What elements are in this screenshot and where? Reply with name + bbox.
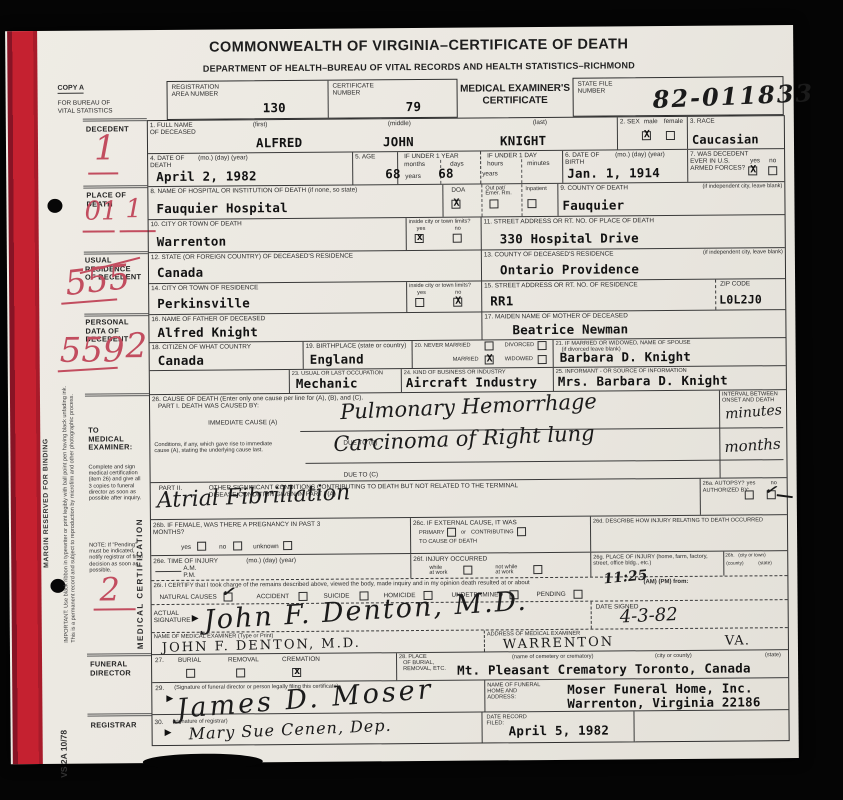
sex-label: 2. SEX (620, 118, 640, 125)
time-of-death-handwritten: 11:25 (603, 567, 648, 587)
never-married-label: 20. NEVER MARRIED (415, 343, 471, 350)
medical-examiners-certificate-label: MEDICAL EXAMINER'SCERTIFICATE (458, 83, 573, 108)
injury-occurred-label: 26f. INJURY OCCURRED (413, 555, 487, 563)
signature-arrow-icon: ▶ (166, 693, 173, 704)
checkbox-not-while-at-work (533, 565, 542, 574)
checkbox-external-contributing (517, 527, 526, 536)
checkbox-cremation: x (292, 668, 301, 677)
interval-b-handwritten: months (724, 435, 781, 456)
funeral-item-number: 29. (155, 685, 164, 692)
if-under-1-year-label: IF UNDER 1 YEAR (404, 153, 459, 161)
registrar-item-number: 30. (154, 719, 163, 726)
age-typed-overlay: 68 (438, 166, 454, 181)
checkbox-burial (186, 669, 195, 678)
decedent-first-name: ALFRED (256, 135, 302, 150)
hospital-label: 8. NAME OF HOSPITAL OR INSTITUTION OF DE… (150, 186, 357, 195)
certificate-number: 79 (406, 99, 422, 114)
section-to-medical-examiner: TO MEDICAL EXAMINER: (88, 426, 132, 452)
occupation-value: Mechanic (296, 375, 358, 390)
certificate-form-grid: 1. FULL NAME OF DECEASED (first) (middle… (147, 115, 790, 746)
mother-label: 17. MAIDEN NAME OF MOTHER OF DECEASED (484, 312, 628, 320)
checkbox-pregnancy-yes (197, 542, 206, 551)
checkbox-widowed (538, 355, 547, 364)
father-value: Alfred Knight (157, 324, 258, 340)
checkbox-sex-female (666, 131, 675, 140)
checkbox-while-at-work (463, 566, 472, 575)
zip-value: L0L2J0 (719, 292, 762, 306)
row-registrar: 30. (signature of registrar) ▶ Mary Sue … (152, 710, 788, 745)
registration-area-number: 130 (263, 100, 286, 115)
row-residence-state: 12. STATE (OR FOREIGN COUNTRY) OF DECEAS… (149, 248, 785, 284)
checkbox-removal (236, 668, 245, 677)
part-two-handwritten: Atrial Fibrillation (156, 480, 350, 513)
external-cause-label: 26c. IF EXTERNAL CAUSE, IT WAS (413, 519, 517, 527)
checkbox-death-limits-yes: x (415, 234, 424, 243)
red-binding-stripe (7, 31, 43, 764)
zip-label: ZIP CODE (720, 280, 750, 287)
section-funeral-director: FUNERAL DIRECTOR (90, 660, 131, 678)
red-code-medical: 2 (99, 570, 120, 608)
date-signed-handwritten: 4-3-82 (619, 604, 678, 627)
row-full-name: 1. FULL NAME OF DECEASED (first) (middle… (148, 116, 784, 154)
checkbox-armed-forces-no (768, 166, 777, 175)
informant-value: Mrs. Barbara D. Knight (558, 373, 728, 389)
hospital-value: Fauquier Hospital (156, 200, 287, 216)
street-of-death-value: 330 Hospital Drive (500, 230, 639, 246)
county-of-death-label: 9. COUNTY OF DEATH (560, 184, 628, 192)
county-of-death-value: Fauquier (562, 197, 624, 212)
injury-location-label: 26h. (725, 554, 734, 559)
burial-item-number: 27. (155, 657, 164, 664)
row-residence-city: 14. CITY OR TOWN OF RESIDENCE Perkinsvil… (149, 279, 785, 315)
checkbox-pregnancy-no (233, 541, 242, 550)
street-of-death-label: 11. STREET ADDRESS OR RT. NO. OF PLACE O… (484, 217, 654, 226)
scan-artifact (143, 753, 263, 770)
checkbox-death-limits-no (453, 234, 462, 243)
checkbox-pregnancy-unknown (283, 541, 292, 550)
examiner-state-printed: VA. (725, 633, 750, 648)
medical-examiner-instructions: Complete and sign medical certification … (88, 464, 142, 502)
medical-certification-vertical-label: MEDICAL CERTIFICATION (134, 404, 145, 649)
citizen-label: 18. CITIZEN OF WHAT COUNTRY (152, 343, 251, 351)
date-of-death-value: April 2, 1982 (156, 168, 257, 184)
signature-arrow-icon: ▶ (165, 727, 172, 738)
examiner-city-printed: WARRENTON (503, 635, 615, 653)
checkbox-pending (573, 590, 582, 599)
form-code: VS 2A 10/78 (58, 683, 69, 778)
spouse-value: Barbara D. Knight (560, 349, 691, 365)
residence-street-value: RR1 (490, 293, 513, 308)
date-filed-value: April 5, 1982 (509, 723, 610, 739)
row-part-two: PART II. OTHER SIGNIFICANT CONDITIONS CO… (151, 478, 787, 520)
residence-city-value: Perkinsville (157, 295, 250, 311)
autopsy-no-checkmark: ✓ (763, 481, 777, 499)
city-of-death-label: 10. CITY OR TOWN OF DEATH (151, 220, 242, 228)
row-hospital: 8. NAME OF HOSPITAL OR INSTITUTION OF DE… (148, 182, 784, 220)
if-under-1-day-label: IF UNDER 1 DAY (487, 152, 537, 160)
residence-county-value: Ontario Providence (500, 261, 639, 277)
red-code-usual: 555 (63, 257, 132, 304)
natural-causes-checkmark: ✓ (220, 582, 235, 601)
red-code-place-a: 01 (84, 196, 117, 226)
place-of-burial-value: Mt. Pleasant Crematory Toronto, Canada (457, 660, 751, 677)
checkbox-divorced (538, 341, 547, 350)
birthplace-label: 19. BIRTHPLACE (state or country) (306, 342, 407, 350)
section-registrar: REGISTRAR (91, 721, 137, 730)
industry-value: Aircraft Industry (406, 374, 537, 390)
natural-causes-label: NATURAL CAUSES (160, 594, 217, 602)
bureau-label-1: FOR BUREAU OF (58, 99, 111, 107)
row-date-of-death: 4. DATE OF (mo.) (day) (year) DEATH Apri… (148, 149, 784, 187)
residence-county-label: 13. COUNTY OF DECEASED'S RESIDENCE (484, 250, 614, 258)
hole-punch-icon (47, 199, 62, 213)
checkbox-outpatient (489, 199, 498, 208)
decedent-middle-name: JOHN (383, 134, 414, 149)
red-code-place-b: 1 (125, 194, 142, 224)
row-cause-of-death: 26. CAUSE OF DEATH (Enter only one cause… (150, 390, 787, 483)
race-value: Caucasian (692, 132, 759, 147)
birthplace-value: England (310, 351, 364, 366)
residence-state-value: Canada (157, 265, 203, 280)
age-label: 5. AGE (355, 153, 375, 160)
residence-street-label: 15. STREET ADDRESS OR RT. NO. OF RESIDEN… (484, 281, 638, 289)
checkbox-inpatient (527, 199, 536, 208)
residence-city-label: 14. CITY OR TOWN OF RESIDENCE (151, 284, 258, 292)
checkbox-never-married (485, 341, 494, 350)
checkbox-external-primary (447, 528, 456, 537)
due-to-c-label: DUE TO (C) (344, 471, 379, 478)
row-funeral-director: 29. (Signature of funeral director or pe… (152, 678, 788, 715)
checkbox-doa: X (451, 200, 460, 209)
row-city-of-death: 10. CITY OR TOWN OF DEATH Warrenton insi… (149, 215, 785, 253)
signature-arrow-icon: ▶ (192, 613, 199, 624)
citizen-value: Canada (158, 353, 204, 368)
residence-state-label: 12. STATE (OR FOREIGN COUNTRY) OF DECEAS… (151, 253, 353, 262)
describe-injury-label: 26d. DESCRIBE HOW INJURY RELATING TO DEA… (593, 517, 781, 525)
checkbox-autopsy-yes (745, 490, 754, 499)
copy-label: COPY A (58, 85, 85, 94)
age-value: 68 (385, 166, 401, 181)
doa-label: DOA (451, 187, 465, 194)
immediate-cause-label: IMMEDIATE CAUSE (A) (208, 419, 277, 427)
decedent-last-name: KNIGHT (500, 133, 546, 148)
funeral-home-address: Warrenton, Virginia 22186 (567, 694, 760, 711)
checkbox-married: X (485, 355, 494, 364)
checkbox-sex-male: X (642, 131, 651, 140)
residence-limits-label: inside city or town limits? (409, 283, 471, 290)
conditions-note: Conditions, if any, which gave rise to i… (154, 441, 272, 454)
checkbox-armed-forces-yes: X (748, 166, 757, 175)
race-label: 3. RACE (690, 118, 715, 125)
date-of-birth-value: Jan. 1, 1914 (567, 165, 660, 181)
red-code-personal-a: 559 (59, 330, 124, 371)
red-code-decedent: 1 (94, 128, 116, 168)
bureau-label-2: VITAL STATISTICS (58, 107, 113, 115)
checkbox-residence-limits-yes (415, 298, 424, 307)
autopsy-label: 26a. AUTOPSY? (703, 480, 745, 487)
father-label: 16. NAME OF FATHER OF DECEASED (151, 315, 265, 323)
pregnancy-label: 26b. IF FEMALE, WAS THERE A PREGNANCY IN… (153, 521, 323, 537)
row-pregnancy-external: 26b. IF FEMALE, WAS THERE A PREGNANCY IN… (151, 515, 787, 556)
city-limits-label: inside city or town limits? (409, 219, 471, 226)
pending-note: NOTE: If "Pending" must be indicated, no… (89, 542, 143, 573)
checkbox-residence-limits-no: X (453, 298, 462, 307)
red-code-personal-b: 2 (125, 326, 147, 366)
mother-value: Beatrice Newman (512, 321, 628, 337)
death-certificate-scan: MARGIN RESERVED FOR BINDING IMPORTANT: U… (0, 0, 843, 800)
place-of-injury-label: 26g. PLACE OF INJURY (home, farm, factor… (593, 554, 718, 567)
registration-certificate-box: REGISTRATION AREA NUMBER 130 CERTIFICATE… (166, 79, 457, 120)
city-of-death-value: Warrenton (157, 234, 227, 250)
